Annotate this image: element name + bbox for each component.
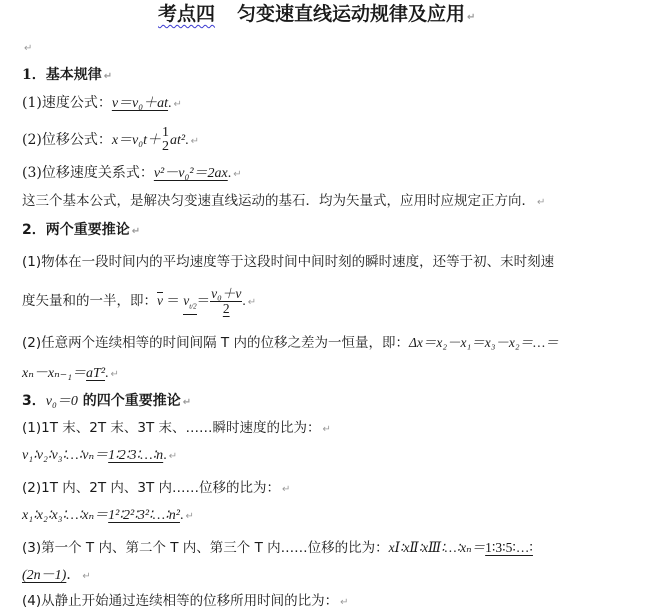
paragraph-mark-icon: ↵ — [174, 99, 182, 110]
successive-displacement-ratio-answer-b: (2n－1) — [22, 568, 66, 583]
s3-inference-3-line-1: (3)第一个 T 内、第二个 T 内、第三个 T 内……位移的比为：xⅠ∶xⅡ∶… — [22, 539, 537, 557]
page-title: 考点四匀变速直线运动规律及应用↵ — [158, 2, 475, 30]
velocity-displacement-formula: v²－v₀²＝2ax — [154, 166, 228, 181]
displacement-formula-label: (2)位移公式： — [22, 132, 112, 148]
s3-inference-1-formula: v₁∶v₂∶v₃∶…∶vₙ＝1∶2∶3∶…∶n.↵ — [22, 446, 177, 466]
paragraph-mark-icon: ↵ — [323, 424, 331, 435]
displacement-formula-part-b: at² — [170, 133, 185, 148]
paragraph-mark-icon: ↵ — [82, 571, 90, 582]
inference-2-line-2: xₙ－xₙ₋₁＝aT².↵ — [22, 364, 119, 384]
velocity-formula-line: (1)速度公式：v＝v₀＋at.↵ — [22, 94, 182, 114]
velocity-ratio-answer: 1∶2∶3∶…∶n — [108, 448, 163, 463]
inference-1-line-2: 度矢量和的一半，即：v ＝ vt/2＝v₀＋v2.↵ — [22, 286, 256, 322]
velocity-displacement-formula-line: (3)位移速度关系式：v²－v₀²＝2ax.↵ — [22, 164, 242, 184]
paragraph-mark-icon: ↵ — [191, 136, 199, 147]
paragraph-mark-icon: ↵ — [111, 369, 119, 380]
section-label: 考点四 — [158, 3, 215, 25]
fraction-half: 12 — [161, 126, 170, 154]
paragraph-mark-icon: ↵ — [282, 484, 290, 495]
empty-paragraph: ↵ — [22, 38, 32, 58]
successive-displacement-ratio-answer-a: 1∶3∶5∶…∶ — [485, 540, 537, 555]
paragraph-mark-icon: ↵ — [233, 169, 241, 180]
paragraph-mark-icon: ↵ — [104, 71, 112, 82]
inference-1-line-1: (1)物体在一段时间内的平均速度等于这段时间中间时刻的瞬时速度，还等于初、末时刻… — [22, 253, 554, 271]
paragraph-mark-icon: ↵ — [185, 511, 193, 522]
s3-inference-3-line-2: (2n－1)．↵ — [22, 566, 91, 586]
s3-inference-4-label: (4)从静止开始通过连续相等的位移所用时间的比为：↵ — [22, 592, 349, 612]
s3-inference-2-formula: x₁∶x₂∶x₃∶…∶xₙ＝1²∶2²∶3²∶…∶n².↵ — [22, 506, 194, 526]
paragraph-mark-icon: ↵ — [132, 226, 140, 237]
velocity-displacement-label: (3)位移速度关系式： — [22, 165, 154, 181]
inference-2-line-1: (2)任意两个连续相等的时间间隔 T 内的位移之差为一恒量，即：Δx＝x₂－x₁… — [22, 334, 559, 352]
paragraph-mark-icon: ↵ — [537, 197, 545, 208]
displacement-formula-line: (2)位移公式：x＝v₀t＋12at².↵ — [22, 126, 199, 156]
paragraph-mark-icon: ↵ — [467, 12, 475, 23]
displacement-ratio-answer: 1²∶2²∶3²∶…∶n² — [108, 508, 180, 523]
section-1-heading: 1．基本规律↵ — [22, 66, 112, 86]
paragraph-mark-icon: ↵ — [248, 297, 256, 308]
paragraph-mark-icon: ↵ — [340, 597, 348, 608]
paragraph-mark-icon: ↵ — [169, 451, 177, 462]
s3-inference-1-label: (1)1T 末、2T 末、3T 末、……瞬时速度的比为：↵ — [22, 419, 331, 439]
average-fraction: v₀＋v2 — [210, 287, 242, 316]
velocity-formula: v＝v₀＋at — [112, 96, 168, 111]
delta-x-formula: Δx＝x₂－x₁＝x₃－x₂＝…＝ — [409, 335, 559, 350]
paragraph-mark-icon: ↵ — [24, 43, 32, 54]
aT2-answer: aT² — [86, 366, 105, 381]
velocity-formula-label: (1)速度公式： — [22, 95, 112, 111]
section-2-heading: 2．两个重要推论↵ — [22, 221, 140, 241]
basic-formula-note: 这三个基本公式，是解决匀变速直线运动的基石．均为矢量式，应用时应规定正方向．↵ — [22, 192, 545, 212]
title-text: 匀变速直线运动规律及应用 — [237, 3, 465, 25]
paragraph-mark-icon: ↵ — [183, 397, 191, 408]
s3-inference-2-label: (2)1T 内、2T 内、3T 内……位移的比为：↵ — [22, 479, 290, 499]
mid-time-velocity: vt/2 — [183, 293, 196, 315]
displacement-formula-part-a: x＝v₀t＋ — [112, 133, 161, 148]
xn-difference-formula: xₙ－xₙ₋₁＝ — [22, 366, 86, 381]
section-3-heading: 3．v₀＝0 的四个重要推论↵ — [22, 392, 191, 412]
